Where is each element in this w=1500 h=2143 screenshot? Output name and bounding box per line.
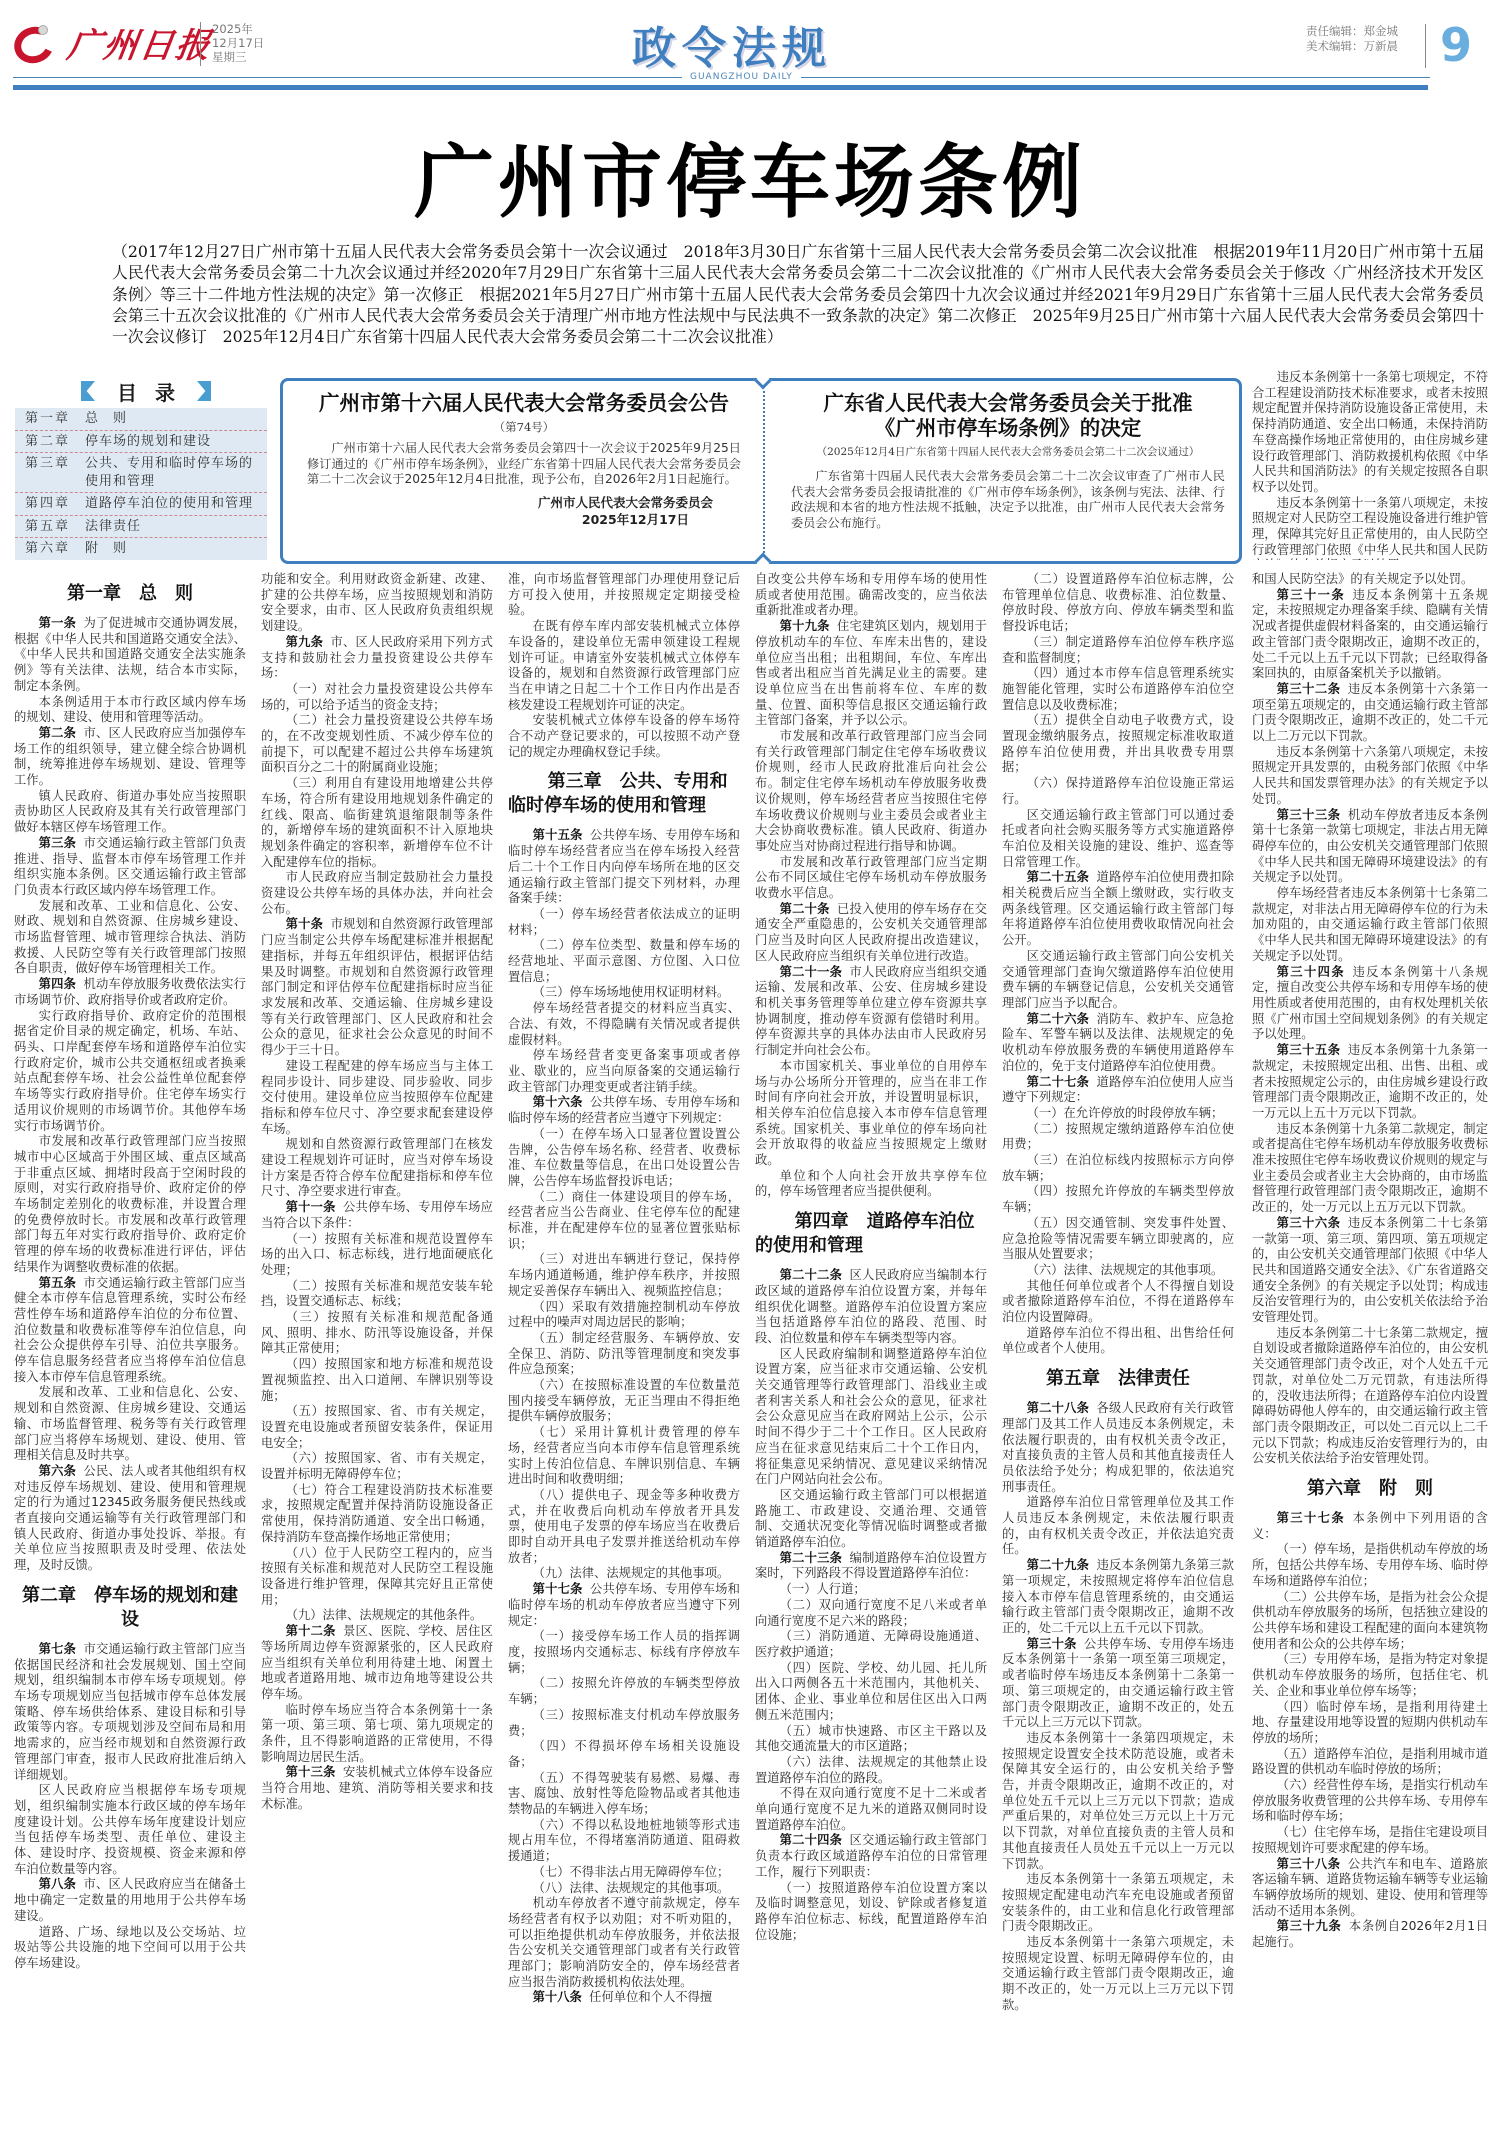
article-12: 第十二条景区、医院、学校、居住区等场所周边停车资源紧张的，区人民政府应当组织有关… [261, 1624, 493, 1703]
list-item: （一）在允许停放的时段停放车辆； [1002, 1106, 1234, 1122]
toc-item[interactable]: 第五章法律责任 [15, 516, 267, 539]
paragraph: 和国人民防空法》的有关规定予以处罚。 [1252, 572, 1488, 588]
list-item: （四）按照国家和地方标准和规范设置视频监控、出入口道闸、车牌识别等设施； [261, 1357, 493, 1404]
paragraph: 其他任何单位或者个人不得擅自划设或者撤除道路停车泊位，不得在道路停车泊位内设置障… [1002, 1279, 1234, 1326]
list-item: （六）不得以私设地桩地锁等形式违规占用车位，不得堵塞消防通道、阻碍救援通道； [508, 1818, 740, 1865]
paragraph: 本条例适用于本市行政区域内停车场的规划、建设、使用和管理等活动。 [14, 695, 246, 726]
article-21: 第二十一条市人民政府应当组织交通运输、发展和改革、公安、住房城乡建设和机关事务管… [755, 965, 987, 1059]
article-18: 第十八条任何单位和个人不得擅 [508, 1990, 740, 2006]
article-10: 第十条市规划和自然资源行政管理部门应当制定公共停车场配建标准并根据配建指标，并每… [261, 917, 493, 1058]
list-item: （六）按照国家、省、市有关规定，设置并标明无障碍停车位； [261, 1451, 493, 1482]
paragraph: 在既有停车库内部安装机械式立体停车设备的，建设单位无需申领建设工程规划许可证。申… [508, 619, 740, 713]
paragraph: 发展和改革、工业和信息化、公安、财政、规划和自然资源、住房城乡建设、市场监督管理… [14, 899, 246, 978]
list-item: （二）按照允许停放的车辆类型停放车辆； [508, 1676, 740, 1707]
article-3: 第三条市交通运输行政主管部门负责推进、指导、监督本市停车场管理工作并组织实施本条… [14, 836, 246, 899]
toc-item[interactable]: 第四章道路停车泊位的使用和管理 [15, 493, 267, 516]
page-number: 9 [1440, 18, 1472, 72]
list-item: （一）对社会力量投资建设公共停车场的，可以给予适当的资金支持； [261, 682, 493, 713]
list-item: （四）医院、学校、幼儿园、托儿所出入口两侧各五十米范围内，其他机关、团体、企业、… [755, 1661, 987, 1724]
toc-bracket-left-icon [81, 381, 95, 401]
list-item: （二）设置道路停车泊位标志牌，公布管理单位信息、收费标准、泊位数量、停放时段、停… [1002, 572, 1234, 635]
article-column-1: 第一章 总 则 第一条为了促进城市交通协调发展，根据《中华人民共和国道路交通安全… [14, 572, 246, 2140]
article-22: 第二十二条区人民政府应当编制本行政区域的道路停车泊位设置方案，并每年组织优化调整… [755, 1268, 987, 1347]
paragraph: 临时停车场应当符合本条例第十一条第一项、第三项、第七项、第九项规定的条件，且不得… [261, 1703, 493, 1766]
paragraph: 区人民政府应当根据停车场专项规划，组织编制实施本行政区域的停车场年度建设计划。公… [14, 1783, 246, 1877]
announcement-signature: 广州市人民代表大会常务委员会 2025年12月17日 [307, 494, 741, 528]
paragraph: 区交通运输行政主管部门可以根据道路施工、市政建设、交通治理、交通管制、交通状况变… [755, 1488, 987, 1551]
list-item: （七）不得非法占用无障碍停车位； [508, 1865, 740, 1881]
article-16: 第十六条公共停车场、专用停车场和临时停车场的经营者应当遵守下列规定： [508, 1095, 740, 1126]
article-9: 第九条市、区人民政府采用下列方式支持和鼓励社会力量投资建设公共停车场： [261, 635, 493, 682]
article-column-3: 准，向市场监督管理部门办理使用登记后方可投入使用，并按照规定定期接受检验。 在既… [508, 572, 740, 2140]
list-item: （五）提供全自动电子收费方式，设置现金缴纳服务点，按照规定标准收取道路停车泊位使… [1002, 713, 1234, 776]
list-item: （三）按照有关标准和规范配备通风、照明、排水、防汛等设施设备，并保障其正常使用； [261, 1310, 493, 1357]
issue-day: 12月17日 [212, 36, 264, 50]
article-39: 第三十九条本条例自2026年2月1日起施行。 [1252, 1919, 1488, 1950]
list-item: （四）采取有效措施控制机动车停放过程中的噪声对周边居民的影响； [508, 1300, 740, 1331]
list-item: （一）接受停车场工作人员的指挥调度，按照场内交通标志、标线有序停放车辆； [508, 1629, 740, 1676]
article-19: 第十九条住宅建筑区划内，规划用于停放机动车的车位、车库未出售的，建设单位应当出租… [755, 619, 987, 729]
paragraph: 市发展和改革行政管理部门应当会同有关行政管理部门制定住宅停车场收费议价规则，经市… [755, 729, 987, 855]
article-32: 第三十二条违反本条例第十六条第一项至第五项规定的，由交通运输行政主管部门责令限期… [1252, 682, 1488, 745]
paragraph: 准，向市场监督管理部门办理使用登记后方可投入使用，并按照规定定期接受检验。 [508, 572, 740, 619]
paragraph: 违反本条例第十一条第七项规定，不符合工程建设消防技术标准要求，或者未按照规定配置… [1252, 370, 1488, 496]
list-item: （一）人行道； [755, 1582, 987, 1598]
paragraph: 区交通运输行政主管部门可以通过委托或者向社会购买服务等方式实施道路停车泊位及相关… [1002, 808, 1234, 871]
toc-heading: 目录 [75, 380, 217, 402]
toc-item[interactable]: 第一章总 则 [15, 408, 267, 431]
article-38: 第三十八条公共汽车和电车、道路旅客运输车辆、道路货物运输车辆等专业运输车辆停放场… [1252, 1857, 1488, 1920]
list-item: （五）不得驾驶装有易燃、易爆、毒害、腐蚀、放射性等危险物品或者其他违禁物品的车辆… [508, 1771, 740, 1818]
list-item: （三）利用自有建设用地增建公共停车场，符合所有建设用地规划条件确定的红线、限高、… [261, 776, 493, 870]
paragraph: 市人民政府应当制定鼓励社会力量投资建设公共停车场的具体办法，并向社会公布。 [261, 870, 493, 917]
toc-item[interactable]: 第三章公共、专用和临时停车场的使用和管理 [15, 453, 267, 493]
list-item: （四）临时停车场，是指利用待建土地、存量建设用地等设置的短期内供机动车停放的场所… [1252, 1700, 1488, 1747]
list-item: （四）按照允许停放的车辆类型停放车辆； [1002, 1184, 1234, 1215]
list-item: （七）住宅停车场，是指住宅建设项目按照规划许可要求配建的停车场。 [1252, 1825, 1488, 1856]
article-7: 第七条市交通运输行政主管部门应当依据国民经济和社会发展规划、国土空间规划，组织编… [14, 1642, 246, 1783]
editor-divider [1425, 24, 1426, 68]
list-item: （九）法律、法规规定的其他事项。 [508, 1566, 740, 1582]
announcement-title: 广州市第十六届人民代表大会常务委员会公告 [307, 391, 741, 416]
article-8: 第八条市、区人民政府应当在储备土地中确定一定数量的用地用于公共停车场建设。 [14, 1877, 246, 1924]
paragraph: 安装机械式立体停车设备的停车场符合不动产登记要求的，可以按照不动产登记的规定办理… [508, 713, 740, 760]
chapter-1-heading: 第一章 总 则 [14, 582, 246, 606]
legislative-history: （2017年12月27日广州市第十五届人民代表大会常务委员会第十一次会议通过 2… [112, 241, 1484, 347]
page-title: 广州市停车场条例 [0, 118, 1500, 233]
toc-bracket-right-icon [197, 381, 211, 401]
paragraph: 违反本条例第十一条第五项规定，未按照规定配建电动汽车充电设施或者预留安装条件的，… [1002, 1872, 1234, 1935]
paragraph: 市发展和改革行政管理部门应当定期公布不同区域住宅停车场机动车停放服务收费水平信息… [755, 855, 987, 902]
paragraph: 违反本条例第十一条第六项规定，未按照规定设置、标明无障碍停车位的，由交通运输行政… [1002, 1935, 1234, 2014]
masthead: 广州日报 2025年 12月17日 星期三 政令法规 GUANGZHOU DAI… [0, 0, 1500, 90]
decision-title: 广东省人民代表大会常务委员会关于批准 《广州市停车场条例》的决定 [791, 391, 1225, 441]
list-item: （三）专用停车场，是指为特定对象提供机动车停放服务的场所，包括住宅、机关、企业和… [1252, 1652, 1488, 1699]
article-column-6-upper: 违反本条例第十一条第七项规定，不符合工程建设消防技术标准要求，或者未按照规定配置… [1252, 370, 1488, 560]
announcement-body: 广州市第十六届人民代表大会常务委员会第四十一次会议于2025年9月25日修订通过… [307, 441, 741, 488]
paragraph: 违反本条例第十一条第四项规定，未按照规定设置安全技术防范设施，或者未保障其安全运… [1002, 1731, 1234, 1872]
list-item: （二）社会力量投资建设公共停车场的，在不改变规划性质、不减少停车位的前提下，可以… [261, 713, 493, 776]
article-17: 第十七条公共停车场、专用停车场和临时停车场的机动车停放者应当遵守下列规定： [508, 1582, 740, 1629]
paragraph: 道路、广场、绿地以及公交场站、垃圾站等公共设施的地下空间可以用于公共停车场建设。 [14, 1925, 246, 1972]
list-item: （八）位于人民防空工程内的，应当按照有关标准和规范对人民防空工程设施设备进行维护… [261, 1546, 493, 1609]
announcement-number: （第74号） [307, 419, 741, 435]
paragraph: 实行政府指导价、政府定价的范围根据省定价目录的规定确定，机场、车站、码头、口岸配… [14, 1009, 246, 1135]
chapter-6-heading: 第六章 附 则 [1252, 1477, 1488, 1501]
article-33: 第三十三条机动车停放者违反本条例第十七条第一款第七项规定，非法占用无障碍停车位的… [1252, 808, 1488, 887]
paragraph: 不得在双向通行宽度不足十二米或者单向通行宽度不足九米的道路双侧同时设置道路停车泊… [755, 1786, 987, 1833]
paragraph: 发展和改革、工业和信息化、公安、规划和自然资源、住房城乡建设、交通运输、市场监督… [14, 1385, 246, 1464]
section-title: 政令法规 [632, 12, 832, 76]
list-item: （四）通过本市停车信息管理系统实施智能化管理，实时公布道路停车泊位空置信息以及收… [1002, 666, 1234, 713]
table-of-contents: 目录 第一章总 则 第二章停车场的规划和建设 第三章公共、专用和临时停车场的使用… [15, 380, 273, 558]
list-item: （二）商住一体建设项目的停车场，经营者应当公告商业、住宅停车位的配建标准，并在配… [508, 1190, 740, 1253]
list-item: （五）城市快速路、市区主干路以及其他交通流量大的市区道路； [755, 1724, 987, 1755]
provincial-approval-decision: 广东省人民代表大会常务委员会关于批准 《广州市停车场条例》的决定 （2025年1… [773, 381, 1243, 541]
list-item: （六）在按照标准设置的车位数量范围内接受车辆停放，无正当理由不得拒绝提供车辆停放… [508, 1378, 740, 1425]
article-column-5: （二）设置道路停车泊位标志牌，公布管理单位信息、收费标准、泊位数量、停放时段、停… [1002, 572, 1234, 2140]
paragraph: 停车场经营者违反本条例第十七条第二款规定，对非法占用无障碍停车位的行为未加劝阻的… [1252, 886, 1488, 965]
issue-year: 2025年 [212, 22, 264, 36]
article-25: 第二十五条道路停车泊位使用费扣除相关税费后应当全额上缴财政，实行收支两条线管理。… [1002, 870, 1234, 949]
list-item: （二）双向通行宽度不足八米或者单向通行宽度不足六米的路段； [755, 1598, 987, 1629]
article-20: 第二十条已投入使用的停车场存在交通安全严重隐患的，公安机关交通管理部门应当及时向… [755, 902, 987, 965]
logo-text: 广州日报 [65, 18, 216, 67]
masthead-bar [13, 85, 1428, 90]
list-item: （三）停车场场地使用权证明材料。 [508, 985, 740, 1001]
decision-body: 广东省第十四届人民代表大会常务委员会第二十二次会议审查了广州市人民代表大会常务委… [791, 469, 1225, 531]
article-6: 第六条公民、法人或者其他组织有权对违反停车场规划、建设、使用和管理规定的行为通过… [14, 1464, 246, 1574]
list-item: （一）停车场，是指供机动车停放的场所，包括公共停车场、专用停车场、临时停车场和道… [1252, 1542, 1488, 1589]
paragraph: 机动车停放者不遵守前款规定，停车场经营者有权予以劝阻；对不听劝阻的，可以拒绝提供… [508, 1896, 740, 1990]
paragraph: 停车场经营者提交的材料应当真实、合法、有效，不得隐瞒有关情况或者提供虚假材料。 [508, 1001, 740, 1048]
article-29: 第二十九条违反本条例第九条第三款第一项规定，未按照规定将停车泊位信息接入本市停车… [1002, 1558, 1234, 1637]
list-item: （一）按照道路停车泊位设置方案以及临时调整意见，划设、铲除或者修复道路停车泊位标… [755, 1881, 987, 1944]
list-item: （八）法律、法规规定的其他事项。 [508, 1881, 740, 1897]
chapter-4-heading: 第四章 道路停车泊位的使用和管理 [755, 1210, 987, 1258]
toc-item[interactable]: 第六章附 则 [15, 538, 267, 560]
list-item: （二）公共停车场，是指为社会公众提供机动车停放服务的场所，包括独立建设的公共停车… [1252, 1590, 1488, 1653]
article-34: 第三十四条违反本条例第十八条规定，擅自改变公共停车场和专用停车场的使用性质或者使… [1252, 965, 1488, 1044]
list-item: （七）采用计算机计费管理的停车场，经营者应当向本市停车信息管理系统实时上传泊位信… [508, 1425, 740, 1488]
article-26: 第二十六条消防车、救护车、应急抢险车、军警车辆以及法律、法规规定的免收机动车停放… [1002, 1012, 1234, 1075]
paragraph: 单位和个人向社会开放共享停车位的，停车场管理者应当提供便利。 [755, 1169, 987, 1200]
list-item: （五）按照国家、省、市有关规定，设置充电设施或者预留安装条件，保证用电安全； [261, 1404, 493, 1451]
paragraph: 道路停车泊位日常管理单位及其工作人员违反本条例规定，未依法履行职责的，由有权机关… [1002, 1495, 1234, 1558]
article-27: 第二十七条道路停车泊位使用人应当遵守下列规定： [1002, 1075, 1234, 1106]
article-13: 第十三条安装机械式立体停车设备应当符合用地、建筑、消防等相关要求和技术标准。 [261, 1765, 493, 1812]
list-item: （七）符合工程建设消防技术标准要求，按照规定配置并保持消防设施设备正常使用，保持… [261, 1483, 493, 1546]
standing-committee-announcement: 广州市第十六届人民代表大会常务委员会公告 （第74号） 广州市第十六届人民代表大… [289, 381, 759, 538]
article-11: 第十一条公共停车场、专用停车场应当符合以下条件： [261, 1200, 493, 1231]
list-item: （六）法律、法规规定的其他禁止设置道路停车泊位的路段。 [755, 1755, 987, 1786]
chapter-5-heading: 第五章 法律责任 [1002, 1367, 1234, 1391]
paragraph: 区交通运输行政主管部门向公安机关交通管理部门查询欠缴道路停车泊位使用费车辆的车辆… [1002, 949, 1234, 1012]
section-subtitle: GUANGZHOU DAILY [682, 72, 801, 82]
article-2: 第二条市、区人民政府应当加强停车场工作的组织领导，建立健全综合协调机制，统筹推进… [14, 726, 246, 789]
article-column-4: 自改变公共停车场和专用停车场的使用性质或者使用范围。确需改变的，应当依法重新批准… [755, 572, 987, 2140]
list-item: （三）对进出车辆进行登记，保持停车场内通道畅通，维护停车秩序，并按照规定妥善保存… [508, 1252, 740, 1299]
paragraph: 违反本条例第十九条第二款规定，制定或者提高住宅停车场机动车停放服务收费标准未按照… [1252, 1122, 1488, 1216]
editor-in-charge: 责任编辑：郑金城 [1306, 24, 1398, 39]
article-column-6: 和国人民防空法》的有关规定予以处罚。 第三十一条违反本条例第十五条规定，未按照规… [1252, 572, 1488, 2140]
article-36: 第三十六条违反本条例第二十七条第一款第一项、第三项、第四项、第五项规定的，由公安… [1252, 1216, 1488, 1326]
signature-date: 2025年12月17日 [307, 511, 713, 528]
list-item: （八）提供电子、现金等多种收费方式，并在收费后向机动车停放者开具发票，使用电子发… [508, 1488, 740, 1567]
announcements-box: 广州市第十六届人民代表大会常务委员会公告 （第74号） 广州市第十六届人民代表大… [280, 378, 1242, 564]
list-item: （四）不得损坏停车场相关设施设备； [508, 1739, 740, 1770]
list-item: （五）制定经营服务、车辆停放、安全保卫、消防、防汛等管理制度和突发事件应急预案； [508, 1331, 740, 1378]
art-editor: 美术编辑：万新晨 [1306, 39, 1398, 54]
chapter-3-heading: 第三章 公共、专用和临时停车场的使用和管理 [508, 770, 740, 818]
list-item: （五）道路停车泊位，是指利用城市道路设置的供机动车临时停放的场所； [1252, 1747, 1488, 1778]
article-31: 第三十一条违反本条例第十五条规定，未按照规定办理备案手续、隐瞒有关情况或者提供虚… [1252, 588, 1488, 682]
masthead-divider [200, 22, 201, 66]
paragraph: 违反本条例第十六条第八项规定，未按照规定开具发票的，由税务部门依照《中华人民共和… [1252, 745, 1488, 808]
editor-credits: 责任编辑：郑金城 美术编辑：万新晨 [1306, 24, 1398, 54]
paragraph: 镇人民政府、街道办事处应当按照职责协助区人民政府及其有关行政管理部门做好本辖区停… [14, 789, 246, 836]
article-column-2: 功能和安全。利用财政资金新建、改建、扩建的公共停车场，应当按照规划和消防安全要求… [261, 572, 493, 2140]
article-4: 第四条机动车停放服务收费依法实行市场调节价、政府指导价或者政府定价。 [14, 977, 246, 1008]
paragraph: 规划和自然资源行政管理部门在核发建设工程规划许可证时，应当对停车场设计方案是否符… [261, 1137, 493, 1200]
paragraph: 自改变公共停车场和专用停车场的使用性质或者使用范围。确需改变的，应当依法重新批准… [755, 572, 987, 619]
list-item: （三）按照标准支付机动车停放服务费； [508, 1708, 740, 1739]
announcement-divider [763, 391, 765, 553]
section-subtitle-rule: GUANGZHOU DAILY [0, 72, 1430, 84]
paragraph: 本市国家机关、事业单位的自用停车场与办公场所分开管理的，应当在非工作时间有序向社… [755, 1059, 987, 1169]
list-item: （六）保持道路停车泊位设施正常运行。 [1002, 776, 1234, 807]
paragraph: 停车场经营者变更备案事项或者停业、歇业的，应当向原备案的交通运输行政主管部门办理… [508, 1048, 740, 1095]
list-item: （三）制定道路停车泊位停车秩序巡查和监督制度； [1002, 635, 1234, 666]
list-item: （九）法律、法规规定的其他条件。 [261, 1608, 493, 1624]
article-15: 第十五条公共停车场、专用停车场和临时停车场经营者应当在停车场投入经营后二十个工作… [508, 828, 740, 907]
list-item: （一）在停车场入口显著位置设置公告牌，公告停车场名称、经营者、收费标准、车位数量… [508, 1127, 740, 1190]
paragraph: 建设工程配建的停车场应当与主体工程同步设计、同步建设、同步验收、同步交付使用。建… [261, 1059, 493, 1138]
article-5: 第五条市交通运输行政主管部门应当健全本市停车信息管理系统，实时公布经营性停车场和… [14, 1276, 246, 1386]
decision-subtitle: （2025年12月4日广东省第十四届人民代表大会常务委员会第二十二次会议通过） [791, 444, 1225, 459]
toc-list: 第一章总 则 第二章停车场的规划和建设 第三章公共、专用和临时停车场的使用和管理… [15, 408, 267, 560]
article-30: 第三十条公共停车场、专用停车场违反本条例第十一条第一项至第三项规定，或者临时停车… [1002, 1637, 1234, 1731]
chevron-up-icon [755, 553, 772, 570]
article-35: 第三十五条违反本条例第十九条第一款规定，未按照规定出租、出售、出租、或者未按照规… [1252, 1043, 1488, 1122]
paragraph: 违反本条例第十一条第八项规定，未按照规定对人民防空工程设施设备进行维护管理，保障… [1252, 496, 1488, 560]
list-item: （一）按照有关标准和规范设置停车场的出入口、标志标线，进行地面硬底化处理； [261, 1232, 493, 1279]
list-item: （一）停车场经营者依法成立的证明材料； [508, 907, 740, 938]
list-item: （二）按照有关标准和规范安装车轮挡，设置交通标志、标线； [261, 1279, 493, 1310]
toc-item[interactable]: 第二章停车场的规划和建设 [15, 431, 267, 454]
paragraph: 道路停车泊位不得出租、出售给任何单位或者个人使用。 [1002, 1326, 1234, 1357]
article-23: 第二十三条编制道路停车泊位设置方案时，下列路段不得设置道路停车泊位： [755, 1551, 987, 1582]
newspaper-logo: 广州日报 [12, 18, 212, 67]
list-item: （五）因交通管制、突发事件处置、应急抢险等情况需要车辆立即驶离的，应当服从处置要… [1002, 1216, 1234, 1263]
list-item: （三）在泊位标线内按照标示方向停放车辆； [1002, 1153, 1234, 1184]
logo-mark-icon [12, 21, 62, 65]
article-28: 第二十八条各级人民政府有关行政管理部门及其工作人员违反本条例规定，未依法履行职责… [1002, 1401, 1234, 1495]
article-24: 第二十四条区交通运输行政主管部门负责本行政区域道路停车泊位的日常管理工作，履行下… [755, 1833, 987, 1880]
list-item: （六）法律、法规规定的其他事项。 [1002, 1263, 1234, 1279]
signature-org: 广州市人民代表大会常务委员会 [307, 494, 713, 511]
paragraph: 市发展和改革行政管理部门应当按照城市中心区域高于外围区域、重点区域高于非重点区域… [14, 1134, 246, 1275]
issue-date: 2025年 12月17日 星期三 [212, 22, 264, 64]
list-item: （六）经营性停车场，是指实行机动车停放服务收费管理的公共停车场、专用停车场和临时… [1252, 1778, 1488, 1825]
issue-weekday: 星期三 [212, 50, 264, 64]
list-item: （二）按照规定缴纳道路停车泊位使用费； [1002, 1122, 1234, 1153]
paragraph: 功能和安全。利用财政资金新建、改建、扩建的公共停车场，应当按照规划和消防安全要求… [261, 572, 493, 635]
list-item: （二）停车位类型、数量和停车场的经营地址、平面示意图、方位图、入口位置信息； [508, 938, 740, 985]
list-item: （三）消防通道、无障碍设施通道、医疗救护通道； [755, 1629, 987, 1660]
paragraph: 违反本条例第二十七条第二款规定，擅自划设或者撤除道路停车泊位的，由公安机关交通管… [1252, 1326, 1488, 1467]
chapter-2-heading: 第二章 停车场的规划和建设 [14, 1584, 246, 1632]
paragraph: 区人民政府编制和调整道路停车泊位设置方案，应当征求市交通运输、公安机关交通管理等… [755, 1347, 987, 1488]
article-1: 第一条为了促进城市交通协调发展，根据《中华人民共和国道路交通安全法》、《中华人民… [14, 616, 246, 695]
article-37: 第三十七条本条例中下列用语的含义： [1252, 1511, 1488, 1542]
